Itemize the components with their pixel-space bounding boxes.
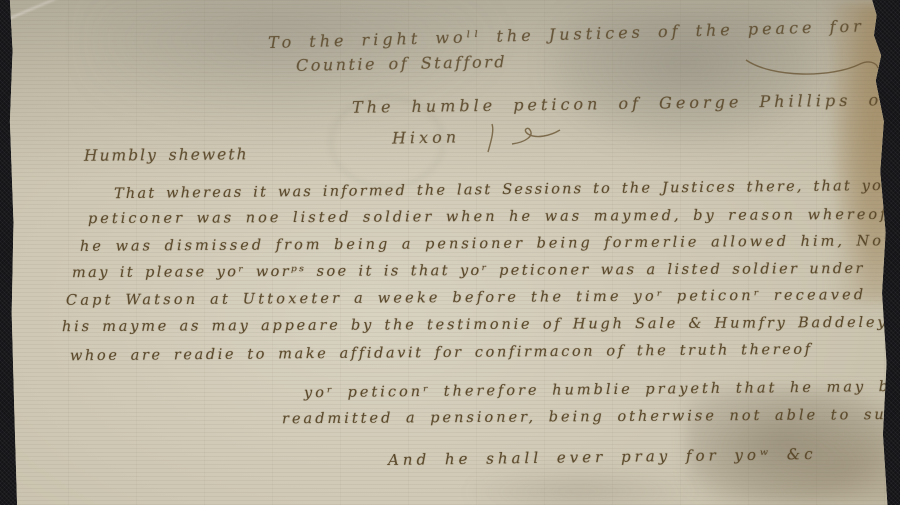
stain-right-edge <box>828 2 894 302</box>
pen-flourish-heading <box>742 52 882 78</box>
prayer-line-2: readmitted a pensioner, being otherwise … <box>282 407 900 428</box>
body-line-6: his mayme as may appeare by the testimon… <box>62 315 888 335</box>
body-line-5: Capt Watson at Uttoxeter a weeke before … <box>66 287 866 309</box>
petition-title-line-1: The humble peticon of George Phillips of <box>352 90 892 117</box>
manuscript-paper: To the right woˡˡ the Justices of the pe… <box>0 0 900 505</box>
prayer-line-1: yoʳ peticonʳ therefore humblie prayeth t… <box>304 379 900 401</box>
body-line-3: he was dismissed from being a pensioner … <box>80 233 899 255</box>
pen-flourish-title <box>478 122 568 156</box>
body-line-1: That whereas it was informed the last Se… <box>114 178 890 202</box>
stain-bottom-center <box>470 468 690 505</box>
paper-crease <box>8 0 130 20</box>
photo-background: To the right woˡˡ the Justices of the pe… <box>0 0 900 505</box>
body-line-4: may it please yoʳ worᵖˢ soe it is that y… <box>72 261 865 281</box>
heading-line-1: To the right woˡˡ the Justices of the pe… <box>268 15 900 52</box>
heading-line-2: Countie of Stafford <box>296 52 507 75</box>
body-line-2: peticoner was noe listed soldier when he… <box>88 207 889 227</box>
salutation-line: Humbly sheweth <box>84 145 249 164</box>
petition-title-line-2: Hixon <box>392 127 460 147</box>
closing-line: And he shall ever pray for yoʷ &c <box>388 445 817 469</box>
body-line-7: whoe are readie to make affidavit for co… <box>70 342 813 364</box>
